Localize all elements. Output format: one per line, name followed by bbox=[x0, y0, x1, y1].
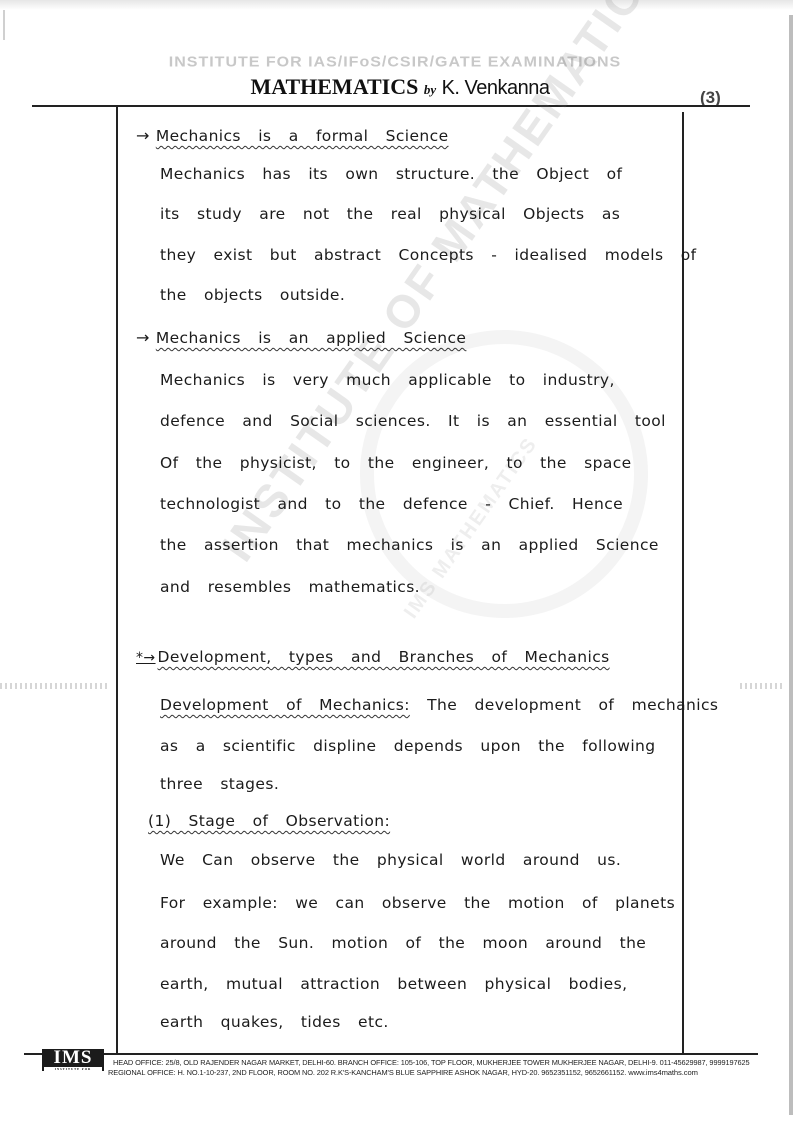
scan-edge-right bbox=[789, 15, 793, 1115]
text-line: Of the physicist, to the engineer, to th… bbox=[160, 454, 632, 472]
text-line: Mechanics is very much applicable to ind… bbox=[160, 371, 615, 389]
scan-speckle-right bbox=[740, 683, 785, 689]
heading-text: Mechanics is a formal Science bbox=[156, 127, 449, 145]
section-heading: *→Development, types and Branches of Mec… bbox=[136, 648, 610, 666]
footer-address-head: HEAD OFFICE: 25/8, OLD RAJENDER NAGAR MA… bbox=[113, 1058, 750, 1067]
subheading-continuation: The development of mechanics bbox=[427, 696, 718, 714]
text-line: earth quakes, tides etc. bbox=[160, 1013, 389, 1031]
regional-office-text: REGIONAL OFFICE: H. NO.1-10-237, 2ND FLO… bbox=[108, 1068, 626, 1077]
heading-text: Mechanics is an applied Science bbox=[156, 329, 467, 347]
subheading-text: Development of Mechanics: bbox=[160, 696, 410, 714]
text-line: Mechanics has its own structure. the Obj… bbox=[160, 165, 622, 183]
text-line: defence and Social sciences. It is an es… bbox=[160, 412, 666, 430]
text-line: around the Sun. motion of the moon aroun… bbox=[160, 934, 646, 952]
subject-title: MATHEMATICS bbox=[250, 74, 418, 99]
arrow-icon: → bbox=[136, 126, 150, 145]
arrow-icon: → bbox=[136, 328, 150, 347]
scan-edge-top bbox=[0, 0, 793, 10]
section-heading: →Mechanics is a formal Science bbox=[136, 126, 449, 145]
star-arrow-icon: *→ bbox=[136, 650, 156, 666]
by-label: by bbox=[424, 82, 436, 97]
ims-logo: IMS INSTITUTE FOR MATHEMATICAL SCIENCES bbox=[42, 1049, 104, 1071]
text-line: We Can observe the physical world around… bbox=[160, 851, 621, 869]
text-line: earth, mutual attraction between physica… bbox=[160, 975, 627, 993]
website-link[interactable]: www.ims4maths.com bbox=[628, 1068, 698, 1077]
text-line: its study are not the real physical Obje… bbox=[160, 205, 620, 223]
footer-address-regional: REGIONAL OFFICE: H. NO.1-10-237, 2ND FLO… bbox=[108, 1068, 698, 1077]
text-line: the objects outside. bbox=[160, 286, 345, 304]
text-line: Development of Mechanics: The developmen… bbox=[160, 696, 718, 714]
section-heading: →Mechanics is an applied Science bbox=[136, 328, 466, 347]
stage-label-text: (1) Stage of Observation: bbox=[148, 812, 390, 830]
text-line: and resembles mathematics. bbox=[160, 578, 420, 596]
text-line: For example: we can observe the motion o… bbox=[160, 894, 675, 912]
logo-text: IMS bbox=[54, 1049, 93, 1068]
header-rule bbox=[32, 105, 750, 107]
scan-speckle-left bbox=[0, 683, 110, 689]
institute-banner: INSTITUTE FOR IAS/IFoS/CSIR/GATE EXAMINA… bbox=[160, 55, 630, 71]
text-line: three stages. bbox=[160, 775, 279, 793]
stage-label: (1) Stage of Observation: bbox=[148, 812, 390, 830]
text-line: as a scientific displine depends upon th… bbox=[160, 737, 656, 755]
author-name: K. Venkanna bbox=[442, 77, 550, 99]
scan-edge-left bbox=[3, 10, 5, 40]
page-title: MATHEMATICS by K. Venkanna bbox=[180, 74, 620, 100]
footer-rule bbox=[24, 1053, 758, 1055]
text-line: technologist and to the defence - Chief.… bbox=[160, 495, 623, 513]
text-line: the assertion that mechanics is an appli… bbox=[160, 536, 659, 554]
text-line: they exist but abstract Concepts - ideal… bbox=[160, 246, 697, 264]
heading-text: Development, types and Branches of Mecha… bbox=[158, 648, 610, 666]
left-margin-line bbox=[116, 106, 118, 1054]
